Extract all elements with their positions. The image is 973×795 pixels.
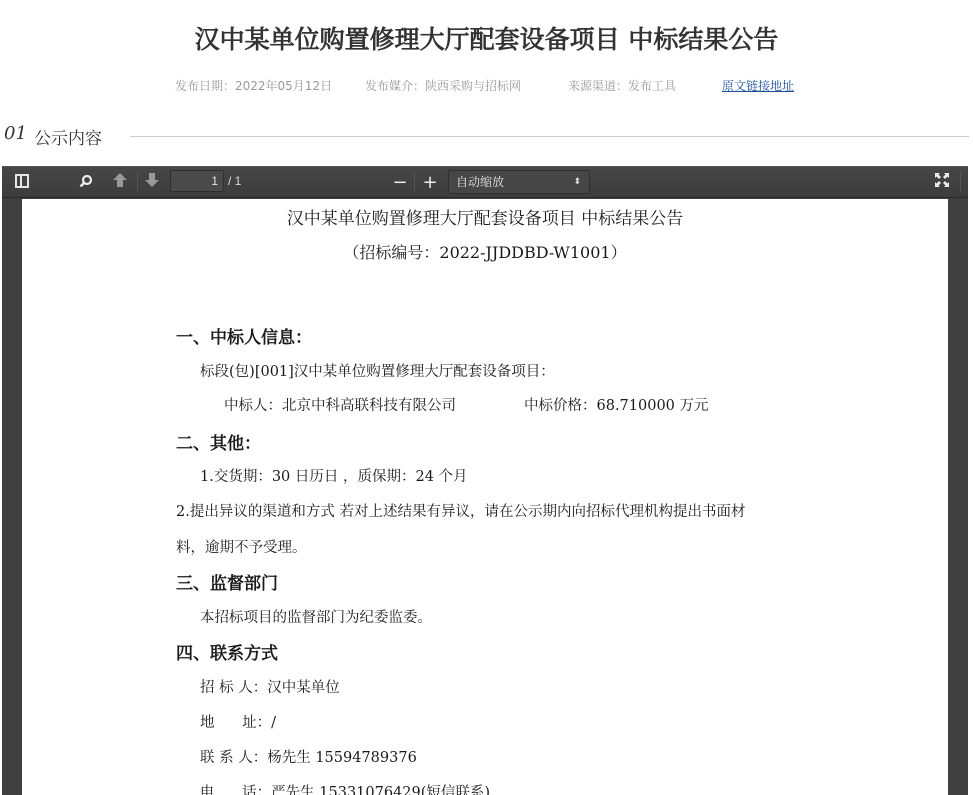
doc-line: 电 话：严先生 15331076429(短信联系) [200, 781, 490, 795]
plus-icon: + [422, 172, 437, 193]
zoom-in-button[interactable]: + [416, 170, 444, 194]
doc-line: 标段(包)[001]汉中某单位购置修理大厅配套设备项目： [200, 360, 555, 381]
toolbar-separator [960, 171, 961, 193]
section-label: 公示内容 [34, 124, 102, 149]
select-arrows-icon: ⬍ [573, 171, 581, 193]
fullscreen-button[interactable] [928, 170, 956, 194]
pdf-page: 汉中某单位购置修理大厅配套设备项目 中标结果公告 （招标编号：2022-JJDD… [22, 199, 948, 795]
arrow-up-icon [112, 172, 128, 192]
doc-line: 地 址：/ [200, 711, 276, 732]
minus-icon: − [392, 172, 407, 193]
section-divider [130, 136, 969, 137]
pdf-toolbar: 1 / 1 − + 自动缩放 ⬍ [2, 166, 968, 198]
previous-page-button[interactable] [106, 170, 134, 194]
section-number: 01 [4, 123, 27, 144]
section-heading: 01 公示内容 [4, 123, 969, 147]
doc-heading-3: 三、监督部门 [176, 569, 278, 594]
document-subtitle: （招标编号：2022-JJDDBD-W1001） [22, 240, 948, 263]
doc-heading-4: 四、联系方式 [176, 639, 278, 664]
document-title: 汉中某单位购置修理大厅配套设备项目 中标结果公告 [22, 204, 948, 229]
publish-date: 发布日期：2022年05月12日 [175, 77, 332, 94]
source-channel: 来源渠道：发布工具 [568, 77, 676, 94]
doc-heading-2: 二、其他： [176, 429, 261, 454]
doc-line: 1.交货期：30 日历日 ，质保期：24 个月 [200, 465, 468, 486]
doc-line: 联 系 人：杨先生 15594789376 [200, 746, 417, 767]
pdf-viewer: 1 / 1 − + 自动缩放 ⬍ 汉中某单位购置修理大厅配套设备 [2, 166, 968, 795]
page-title: 汉中某单位购置修理大厅配套设备项目 中标结果公告 [0, 20, 973, 56]
doc-line: 招 标 人：汉中某单位 [200, 676, 340, 697]
search-button[interactable] [72, 170, 100, 194]
sidebar-toggle-icon [15, 173, 29, 192]
doc-line: 2.提出异议的渠道和方式 若对上述结果有异议，请在公示期内向招标代理机构提出书面… [176, 500, 745, 521]
publish-media: 发布媒介：陕西采购与招标网 [365, 77, 521, 94]
original-link[interactable]: 原文链接地址 [722, 77, 794, 94]
sidebar-toggle-button[interactable] [8, 170, 36, 194]
meta-row: 发布日期：2022年05月12日 发布媒介：陕西采购与招标网 来源渠道：发布工具… [0, 77, 973, 93]
winner-name: 中标人：北京中科高联科技有限公司 [224, 394, 456, 415]
search-icon [79, 173, 93, 192]
doc-heading-1: 一、中标人信息： [176, 323, 312, 348]
doc-line: 料，逾期不予受理。 [176, 536, 307, 557]
page-total: / 1 [228, 174, 241, 188]
zoom-out-button[interactable]: − [386, 170, 414, 194]
page-number-input[interactable]: 1 [170, 170, 224, 192]
winning-price: 中标价格：68.710000 万元 [524, 394, 709, 415]
next-page-button[interactable] [138, 170, 166, 194]
fullscreen-icon [934, 172, 950, 192]
toolbar-separator [414, 173, 415, 191]
zoom-select[interactable]: 自动缩放 ⬍ [448, 170, 590, 194]
zoom-select-value: 自动缩放 [456, 175, 504, 189]
arrow-down-icon [144, 172, 160, 192]
doc-line: 本招标项目的监督部门为纪委监委。 [200, 606, 432, 627]
